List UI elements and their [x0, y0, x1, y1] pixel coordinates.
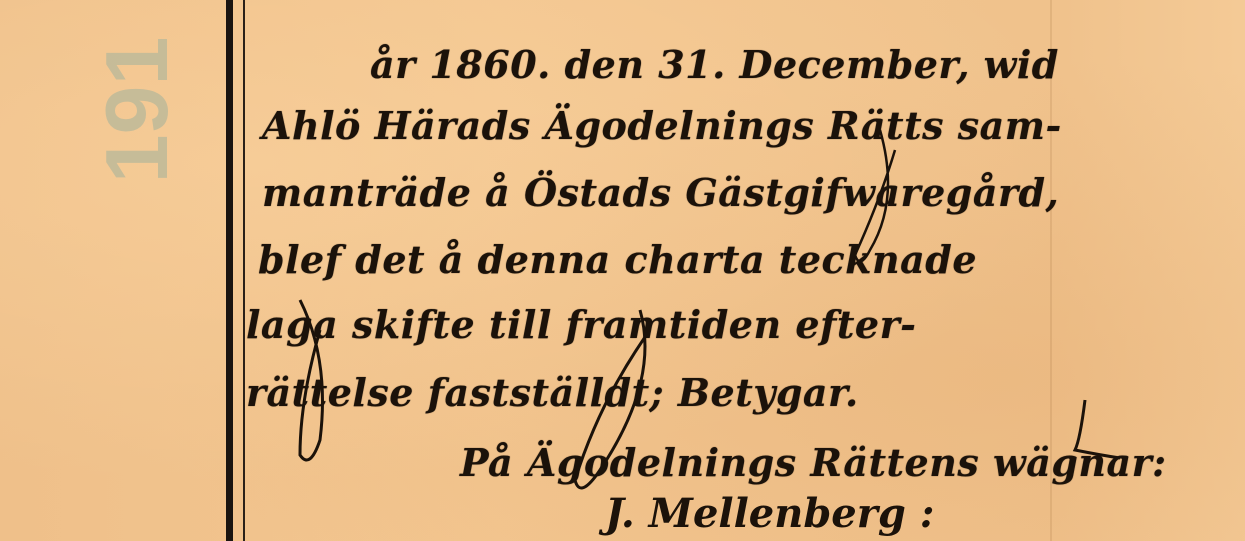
handwritten-line-2: Ahlö Härads Ägodelnings Rätts sam- [262, 103, 1062, 148]
signature: J. Mellenberg : [605, 490, 934, 537]
handwritten-line-3: manträde å Östads Gästgifwaregård, [262, 170, 1059, 215]
margin-rule-thick [226, 0, 233, 541]
handwritten-line-4: blef det å denna charta tecknade [258, 237, 977, 282]
margin-page-stamp: 191 [37, 65, 237, 155]
handwritten-line-7: På Ägodelnings Rättens wägnar: [460, 440, 1167, 485]
handwritten-line-6: rättelse fastställdt; Betygar. [246, 370, 859, 415]
handwritten-line-1: år 1860. den 31. December, wid [370, 42, 1059, 87]
handwritten-line-5: laga skifte till framtiden efter- [246, 302, 916, 347]
margin-rule-thin [243, 0, 245, 541]
